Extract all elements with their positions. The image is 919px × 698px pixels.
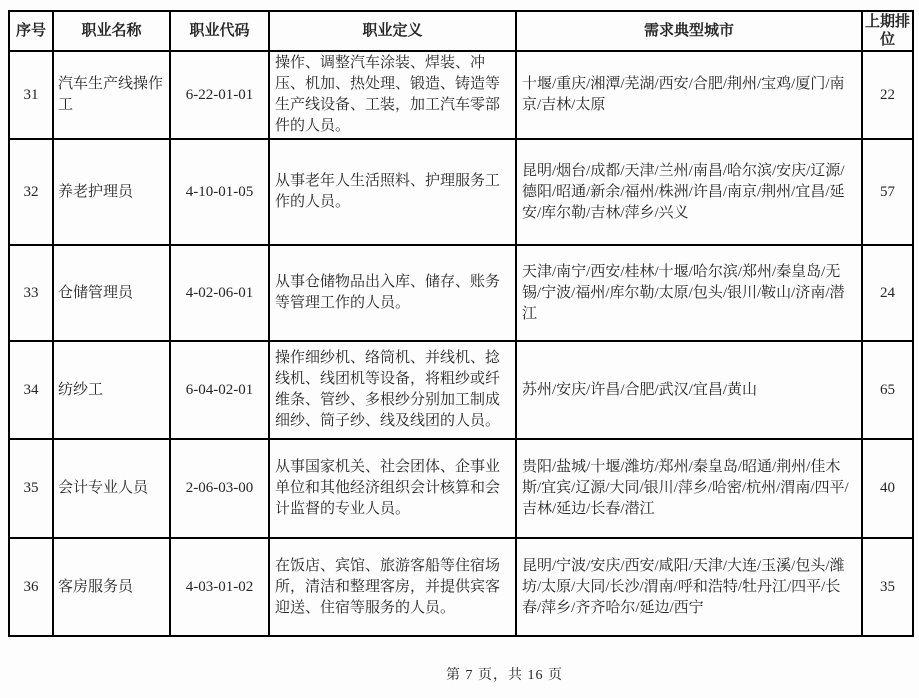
header-occupation-name: 职业名称 [53,11,170,51]
header-index: 序号 [9,11,53,51]
cell-demand-cities: 贵阳/盐城/十堰/潍坊/郑州/秦皇岛/昭通/荆州/佳木斯/宜宾/辽源/大同/银川… [516,439,862,538]
occupation-table-body: 31 汽车生产线操作工 6-22-01-01 操作、调整汽车涂装、焊装、冲压、机… [9,51,913,636]
cell-index: 35 [9,439,53,538]
cell-previous-rank: 65 [862,341,913,439]
document-page: 序号 职业名称 职业代码 职业定义 需求典型城市 上期排位 31 汽车生产线操作… [0,0,919,698]
cell-index: 34 [9,341,53,439]
header-occupation-code: 职业代码 [170,11,269,51]
cell-occupation-name: 汽车生产线操作工 [53,51,170,139]
cell-previous-rank: 24 [862,245,913,341]
occupation-table-header: 序号 职业名称 职业代码 职业定义 需求典型城市 上期排位 [9,11,913,51]
cell-occupation-definition: 在饭店、宾馆、旅游客船等住宿场所，清洁和整理客房，并提供宾客迎送、住宿等服务的人… [269,538,516,636]
cell-demand-cities: 苏州/安庆/许昌/合肥/武汉/宜昌/黄山 [516,341,862,439]
cell-occupation-code: 4-10-01-05 [170,139,269,245]
cell-index: 36 [9,538,53,636]
cell-demand-cities: 昆明/宁波/安庆/西安/咸阳/天津/大连/玉溪/包头/潍坊/太原/大同/长沙/渭… [516,538,862,636]
table-row: 31 汽车生产线操作工 6-22-01-01 操作、调整汽车涂装、焊装、冲压、机… [9,51,913,139]
cell-occupation-definition: 操作细纱机、络筒机、并线机、捻线机、线团机等设备，将粗纱或纤维条、管纱、多根纱分… [269,341,516,439]
cell-previous-rank: 22 [862,51,913,139]
cell-occupation-code: 2-06-03-00 [170,439,269,538]
cell-occupation-name: 仓储管理员 [53,245,170,341]
cell-occupation-name: 养老护理员 [53,139,170,245]
cell-occupation-name: 会计专业人员 [53,439,170,538]
cell-previous-rank: 40 [862,439,913,538]
page-number-footer: 第 7 页，共 16 页 [45,664,919,684]
cell-occupation-code: 4-03-01-02 [170,538,269,636]
occupation-table: 序号 职业名称 职业代码 职业定义 需求典型城市 上期排位 31 汽车生产线操作… [8,10,914,637]
cell-occupation-code: 6-22-01-01 [170,51,269,139]
header-previous-rank: 上期排位 [862,11,913,51]
table-row: 34 纺纱工 6-04-02-01 操作细纱机、络筒机、并线机、捻线机、线团机等… [9,341,913,439]
cell-occupation-definition: 操作、调整汽车涂装、焊装、冲压、机加、热处理、锻造、铸造等生产线设备、工装，加工… [269,51,516,139]
cell-demand-cities: 昆明/烟台/成都/天津/兰州/南昌/哈尔滨/安庆/辽源/德阳/昭通/新余/福州/… [516,139,862,245]
cell-demand-cities: 十堰/重庆/湘潭/芜湖/西安/合肥/荆州/宝鸡/厦门/南京/吉林/太原 [516,51,862,139]
table-row: 33 仓储管理员 4-02-06-01 从事仓储物品出入库、储存、账务等管理工作… [9,245,913,341]
cell-occupation-code: 4-02-06-01 [170,245,269,341]
cell-index: 32 [9,139,53,245]
header-row: 序号 职业名称 职业代码 职业定义 需求典型城市 上期排位 [9,11,913,51]
cell-occupation-definition: 从事国家机关、社会团体、企事业单位和其他经济组织会计核算和会计监督的专业人员。 [269,439,516,538]
cell-occupation-name: 纺纱工 [53,341,170,439]
table-row: 35 会计专业人员 2-06-03-00 从事国家机关、社会团体、企事业单位和其… [9,439,913,538]
header-demand-cities: 需求典型城市 [516,11,862,51]
header-occupation-definition: 职业定义 [269,11,516,51]
table-row: 32 养老护理员 4-10-01-05 从事老年人生活照料、护理服务工作的人员。… [9,139,913,245]
cell-index: 33 [9,245,53,341]
table-row: 36 客房服务员 4-03-01-02 在饭店、宾馆、旅游客船等住宿场所，清洁和… [9,538,913,636]
cell-occupation-code: 6-04-02-01 [170,341,269,439]
cell-occupation-definition: 从事老年人生活照料、护理服务工作的人员。 [269,139,516,245]
cell-previous-rank: 57 [862,139,913,245]
cell-occupation-definition: 从事仓储物品出入库、储存、账务等管理工作的人员。 [269,245,516,341]
cell-occupation-name: 客房服务员 [53,538,170,636]
cell-demand-cities: 天津/南宁/西安/桂林/十堰/哈尔滨/郑州/秦皇岛/无锡/宁波/福州/库尔勒/太… [516,245,862,341]
cell-index: 31 [9,51,53,139]
cell-previous-rank: 35 [862,538,913,636]
